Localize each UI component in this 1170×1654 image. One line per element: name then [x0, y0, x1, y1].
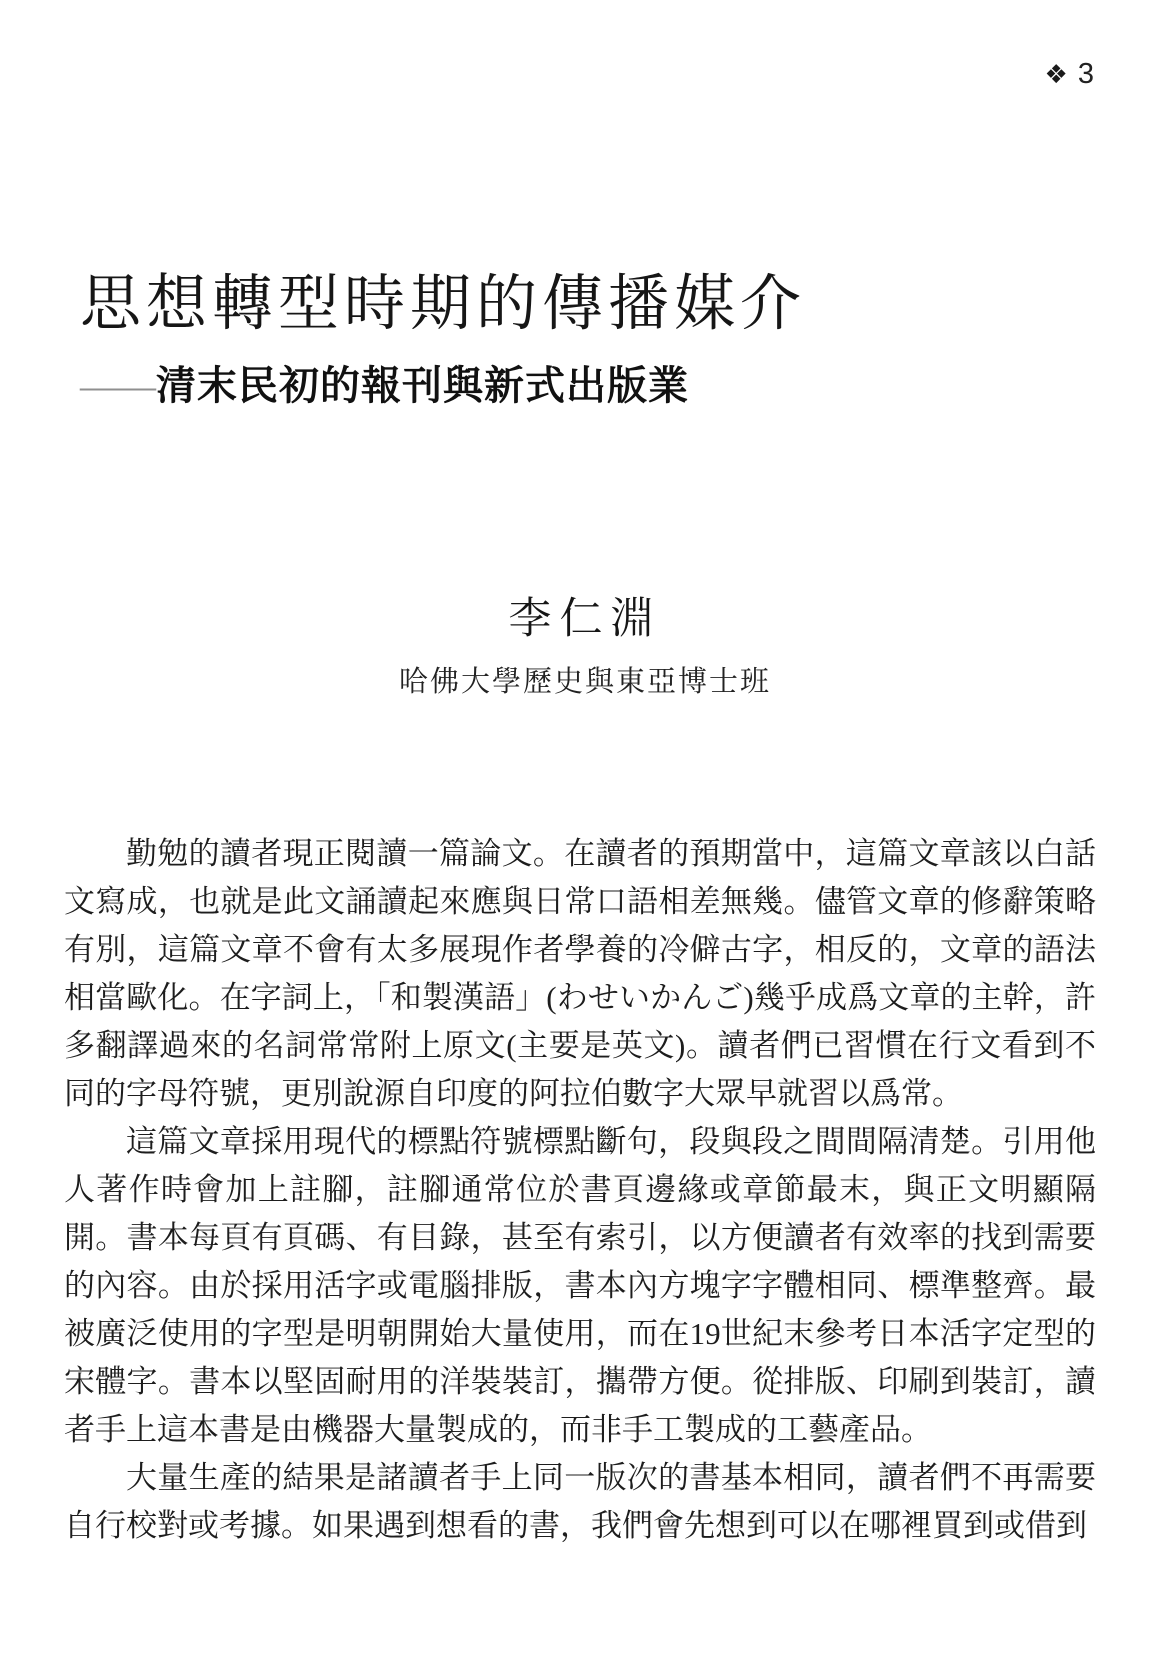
subtitle-text: 清末民初的報刊與新式出版業 — [156, 364, 689, 408]
page-number-value: 3 — [1078, 58, 1094, 90]
subtitle-dash: —— — [80, 363, 152, 408]
page-number: ❖3 — [1045, 58, 1094, 91]
byline: 李仁淵 哈佛大學歷史與東亞博士班 — [0, 585, 1170, 700]
author-affiliation: 哈佛大學歷史與東亞博士班 — [0, 659, 1170, 700]
body-paragraph: 大量生產的結果是諸讀者手上同一版次的書基本相同，讀者們不再需要自行校對或考據。如… — [64, 1454, 1096, 1550]
author-name: 李仁淵 — [0, 585, 1170, 646]
body-paragraph: 勤勉的讀者現正閱讀一篇論文。在讀者的預期當中，這篇文章該以白話文寫成，也就是此文… — [64, 830, 1096, 1118]
body-paragraph: 這篇文章採用現代的標點符號標點斷句，段與段之間間隔清楚。引用他人著作時會加上註腳… — [64, 1118, 1096, 1454]
article-title: 思想轉型時期的傳播媒介 — [80, 270, 806, 340]
document-page: ❖3 思想轉型時期的傳播媒介 ——清末民初的報刊與新式出版業 李仁淵 哈佛大學歷… — [0, 0, 1170, 1654]
article-body: 勤勉的讀者現正閱讀一篇論文。在讀者的預期當中，這篇文章該以白話文寫成，也就是此文… — [64, 830, 1096, 1550]
diamond-ornament-icon: ❖ — [1045, 59, 1068, 89]
article-subtitle: ——清末民初的報刊與新式出版業 — [80, 354, 806, 411]
article-header: 思想轉型時期的傳播媒介 ——清末民初的報刊與新式出版業 — [80, 270, 806, 411]
